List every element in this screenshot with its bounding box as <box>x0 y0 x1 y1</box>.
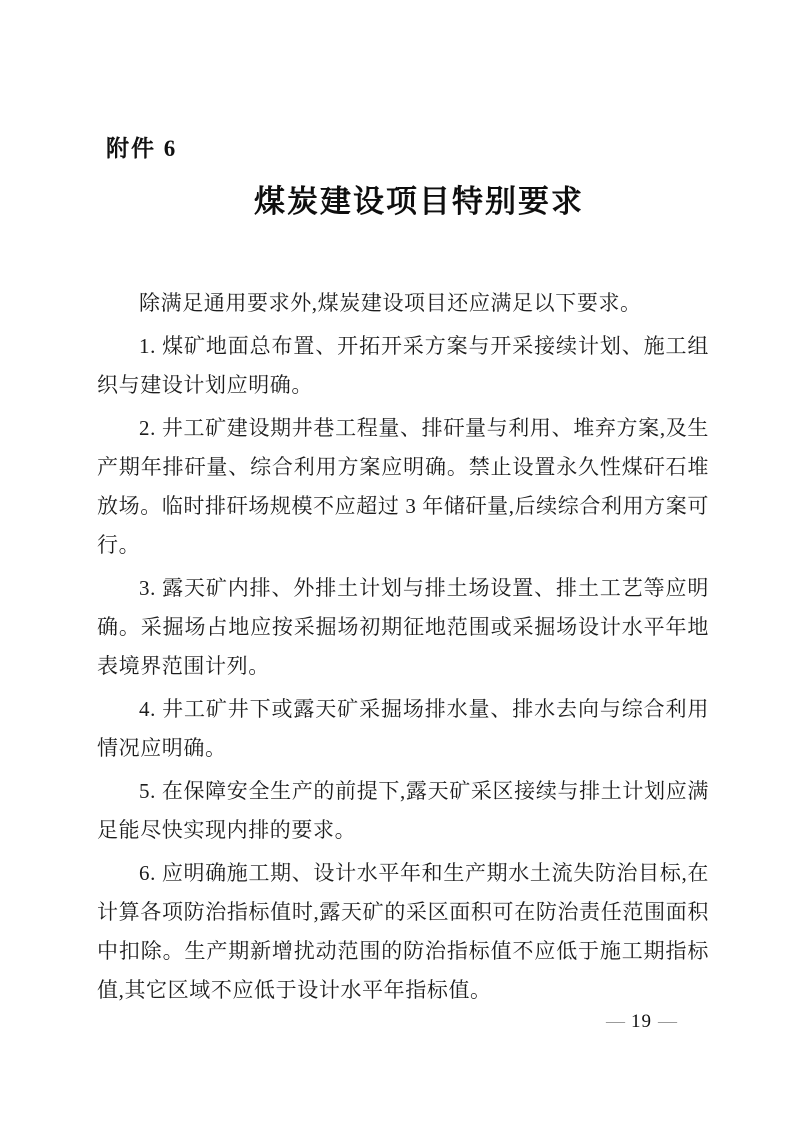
document-body: 除满足通用要求外,煤炭建设项目还应满足以下要求。 1. 煤矿地面总布置、开拓开采… <box>97 284 709 1014</box>
paragraph-item-2: 2. 井工矿建设期井巷工程量、排矸量与利用、堆弃方案,及生产期年排矸量、综合利用… <box>97 409 709 565</box>
paragraph-item-6: 6. 应明确施工期、设计水平年和生产期水土流失防治目标,在计算各项防治指标值时,… <box>97 854 709 1010</box>
paragraph-item-4: 4. 井工矿井下或露天矿采掘场排水量、排水去向与综合利用情况应明确。 <box>97 690 709 768</box>
paragraph-item-1: 1. 煤矿地面总布置、开拓开采方案与开采接续计划、施工组织与建设计划应明确。 <box>97 327 709 405</box>
paragraph-item-3: 3. 露天矿内排、外排土计划与排土场设置、排土工艺等应明确。采掘场占地应按采掘场… <box>97 569 709 686</box>
document-title: 煤炭建设项目特别要求 <box>0 176 800 221</box>
page-number-dash-right: — <box>652 1011 683 1032</box>
document-page: 附件 6 煤炭建设项目特别要求 除满足通用要求外,煤炭建设项目还应满足以下要求。… <box>0 0 800 1131</box>
paragraph-intro: 除满足通用要求外,煤炭建设项目还应满足以下要求。 <box>97 284 709 323</box>
page-number: 19 <box>631 1011 652 1032</box>
paragraph-item-5: 5. 在保障安全生产的前提下,露天矿采区接续与排土计划应满足能尽快实现内排的要求… <box>97 772 709 850</box>
page-footer: —19— <box>600 1010 683 1034</box>
page-number-dash-left: — <box>600 1011 631 1032</box>
attachment-label: 附件 6 <box>106 130 177 163</box>
